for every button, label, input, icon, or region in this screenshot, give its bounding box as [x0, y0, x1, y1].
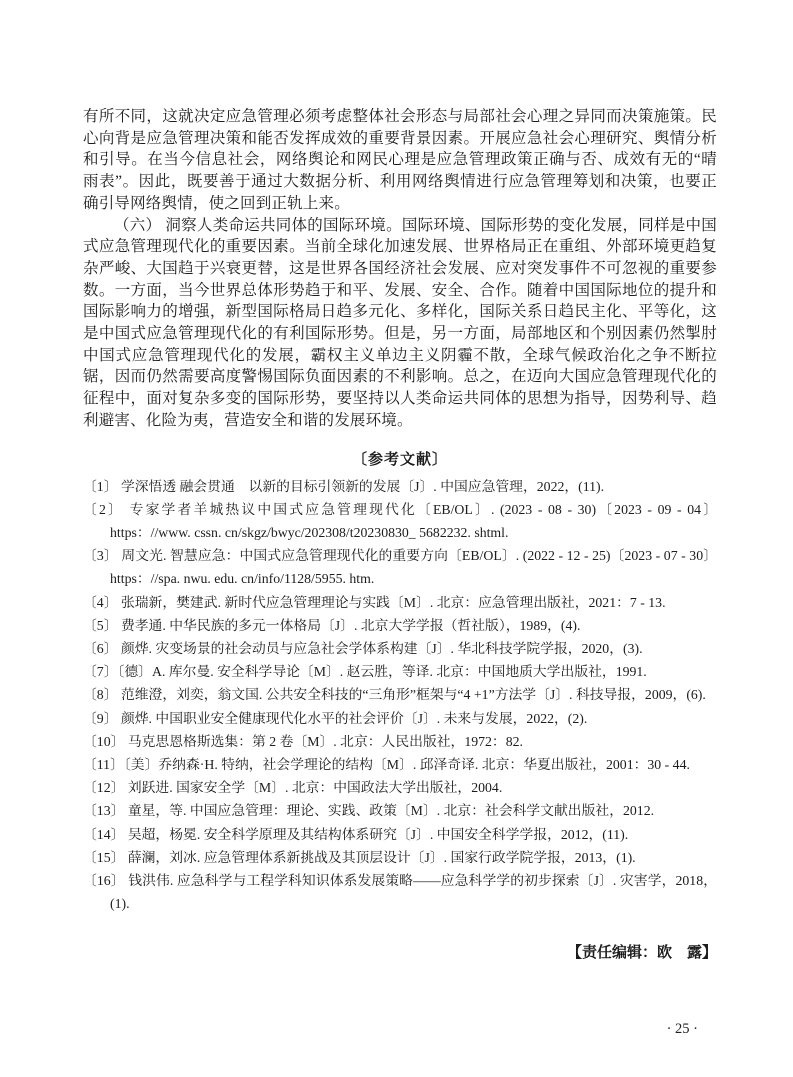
reference-item: 〔15〕 薛澜，刘冰. 应急管理体系新挑战及其顶层设计〔J〕. 国家行政学院学报… [83, 846, 717, 869]
reference-item: 〔6〕 颜烨. 灾变场景的社会动员与应急社会学体系构建〔J〕. 华北科技学院学报… [83, 637, 717, 660]
page-number: · 25 · [0, 1021, 793, 1038]
reference-item: 〔14〕 吴超，杨冕. 安全科学原理及其结构体系研究〔J〕. 中国安全科学学报，… [83, 823, 717, 846]
reference-item: 〔4〕 张瑞新，樊建武. 新时代应急管理理论与实践〔M〕. 北京：应急管理出版社… [83, 591, 717, 614]
reference-item: 〔3〕 周文光. 智慧应急：中国式应急管理现代化的重要方向〔EB/OL〕. (2… [83, 544, 717, 590]
reference-item: 〔12〕 刘跃进. 国家安全学〔M〕. 北京：中国政法大学出版社，2004. [83, 776, 717, 799]
document-page: 有所不同，这就决定应急管理必须考虑整体社会形态与局部社会心理之异同而决策施策。民… [0, 0, 793, 1077]
body-paragraph-six: （六） 洞察人类命运共同体的国际环境。国际环境、国际形势的变化发展，同样是中国式… [83, 215, 717, 432]
page-content: 有所不同，这就决定应急管理必须考虑整体社会形态与局部社会心理之异同而决策施策。民… [83, 106, 717, 962]
reference-item: 〔16〕 钱洪伟. 应急科学与工程学科知识体系发展策略——应急科学学的初步探索〔… [83, 869, 717, 915]
reference-item: 〔5〕 费孝通. 中华民族的多元一体格局〔J〕. 北京大学学报（哲社版），198… [83, 614, 717, 637]
editor-credit: 【责任编辑：欧 露】 [83, 941, 717, 962]
body-text: 有所不同，这就决定应急管理必须考虑整体社会形态与局部社会心理之异同而决策施策。民… [83, 106, 717, 432]
reference-item: 〔11〕〔美〕乔纳森·H. 特纳，社会学理论的结构〔M〕. 邱泽奇译. 北京：华… [83, 753, 717, 776]
reference-item: 〔13〕 童星，等. 中国应急管理：理论、实践、政策〔M〕. 北京：社会科学文献… [83, 799, 717, 822]
reference-item: 〔7〕〔德〕A. 库尔曼. 安全科学导论〔M〕. 赵云胜，等译. 北京：中国地质… [83, 660, 717, 683]
reference-item: 〔1〕 学深悟透 融会贯通 以新的目标引领新的发展〔J〕. 中国应急管理，202… [83, 475, 717, 498]
reference-item: 〔2〕 专家学者羊城热议中国式应急管理现代化〔EB/OL〕. (2023 - 0… [83, 498, 717, 544]
body-paragraph-continuation: 有所不同，这就决定应急管理必须考虑整体社会形态与局部社会心理之异同而决策施策。民… [83, 106, 717, 215]
references-heading: 〔参考文献〕 [83, 448, 717, 469]
references-list: 〔1〕 学深悟透 融会贯通 以新的目标引领新的发展〔J〕. 中国应急管理，202… [83, 475, 717, 916]
reference-item: 〔10〕 马克思恩格斯选集：第 2 卷〔M〕. 北京：人民出版社，1972：82… [83, 730, 717, 753]
reference-item: 〔9〕 颜烨. 中国职业安全健康现代化水平的社会评价〔J〕. 未来与发展，202… [83, 707, 717, 730]
reference-item: 〔8〕 范维澄，刘奕，翁文国. 公共安全科技的“三角形”框架与“4 +1”方法学… [83, 683, 717, 706]
